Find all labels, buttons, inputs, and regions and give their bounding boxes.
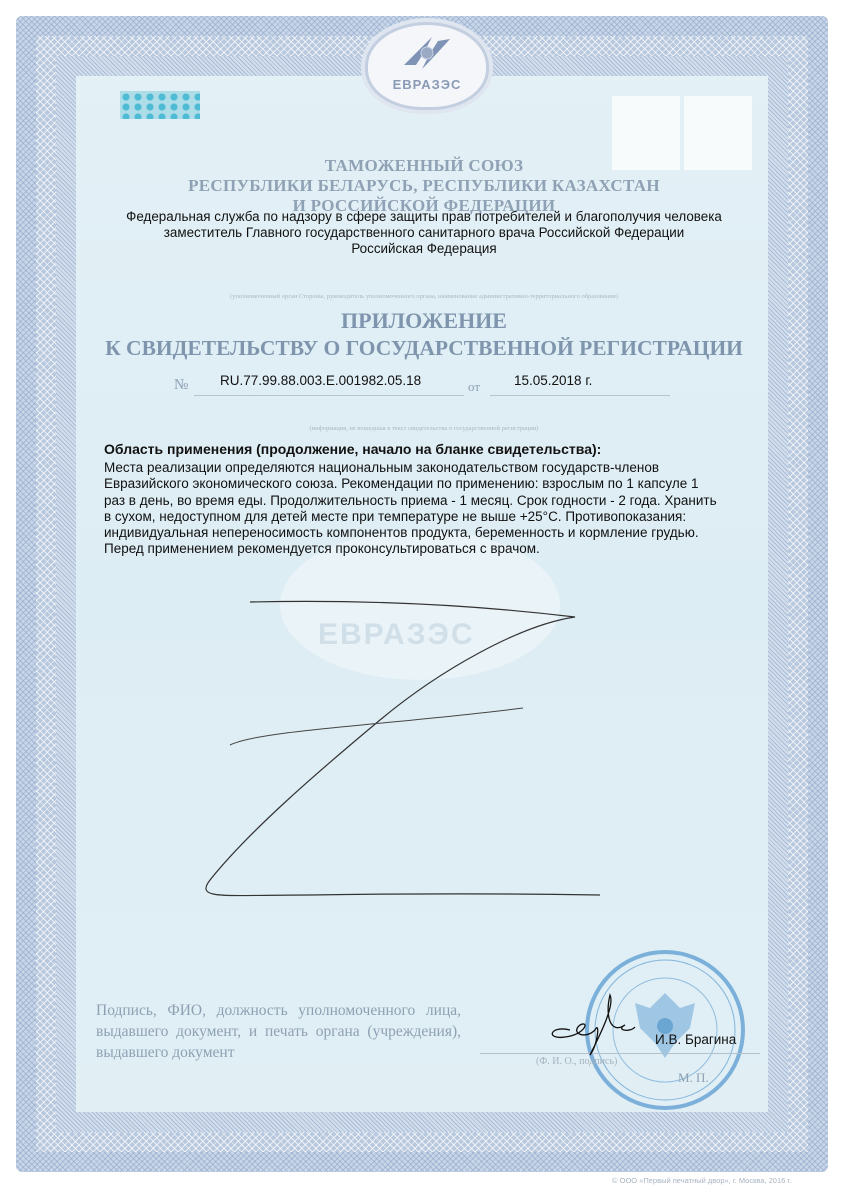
eurasec-emblem: ЕВРАЗЭС — [365, 22, 489, 110]
hologram-sticker — [120, 91, 200, 119]
signature-caption: Подпись, ФИО, должность уполномоченного … — [96, 1000, 461, 1063]
blank-space-z-strike — [190, 590, 600, 910]
union-title-line: РЕСПУБЛИКИ БЕЛАРУСЬ, РЕСПУБЛИКИ КАЗАХСТА… — [90, 176, 758, 196]
number-underline — [194, 395, 464, 396]
scope-line: Перед применением рекомендуется проконсу… — [104, 541, 764, 557]
annex-title: ПРИЛОЖЕНИЕ К СВИДЕТЕЛЬСТВУ О ГОСУДАРСТВЕ… — [80, 308, 768, 362]
info-hint: (информация, не вошедшая в текст свидете… — [240, 425, 608, 432]
scope-body: Места реализации определяются национальн… — [104, 460, 764, 558]
date-underline — [490, 395, 670, 396]
annex-title-line1: ПРИЛОЖЕНИЕ — [80, 308, 768, 334]
authority-hint: (уполномоченный орган Стороны, руководит… — [100, 293, 748, 300]
printer-imprint: © ООО «Первый печатный двор», г. Москва,… — [612, 1176, 791, 1185]
scope-heading: Область применения (продолжение, начало … — [104, 440, 764, 458]
seal-place-label: М. П. — [678, 1070, 709, 1086]
registration-date: 15.05.2018 г. — [514, 373, 592, 388]
scope-line: индивидуальная непереносимость компонент… — [104, 525, 764, 541]
scope-line: раз в день, во время еды. Продолжительно… — [104, 493, 764, 509]
registration-line: № RU.77.99.88.003.E.001982.05.18 от 15.0… — [174, 373, 674, 397]
issuing-authority: Федеральная служба по надзору в сфере за… — [80, 209, 768, 257]
scope-line: Евразийского экономического союза. Реком… — [104, 476, 764, 492]
customs-union-title: ТАМОЖЕННЫЙ СОЮЗ РЕСПУБЛИКИ БЕЛАРУСЬ, РЕС… — [90, 156, 758, 216]
handwritten-signature — [540, 985, 650, 1065]
scope-line: в сухом, недоступном для детей месте при… — [104, 509, 764, 525]
eurasec-logo-icon — [402, 35, 452, 71]
scope-section: Область применения (продолжение, начало … — [104, 440, 764, 558]
authority-line: Российская Федерация — [80, 241, 768, 257]
number-label: № — [174, 377, 188, 394]
date-label: от — [468, 379, 480, 395]
annex-title-line2: К СВИДЕТЕЛЬСТВУ О ГОСУДАРСТВЕННОЙ РЕГИСТ… — [80, 334, 768, 362]
union-title-line: ТАМОЖЕННЫЙ СОЮЗ — [90, 156, 758, 176]
signer-name: И.В. Брагина — [655, 1032, 736, 1047]
scope-line: Места реализации определяются национальн… — [104, 460, 764, 476]
authority-line: Федеральная служба по надзору в сфере за… — [80, 209, 768, 225]
registration-number: RU.77.99.88.003.E.001982.05.18 — [220, 373, 421, 388]
authority-line: заместитель Главного государственного са… — [80, 225, 768, 241]
emblem-text: ЕВРАЗЭС — [368, 77, 486, 92]
